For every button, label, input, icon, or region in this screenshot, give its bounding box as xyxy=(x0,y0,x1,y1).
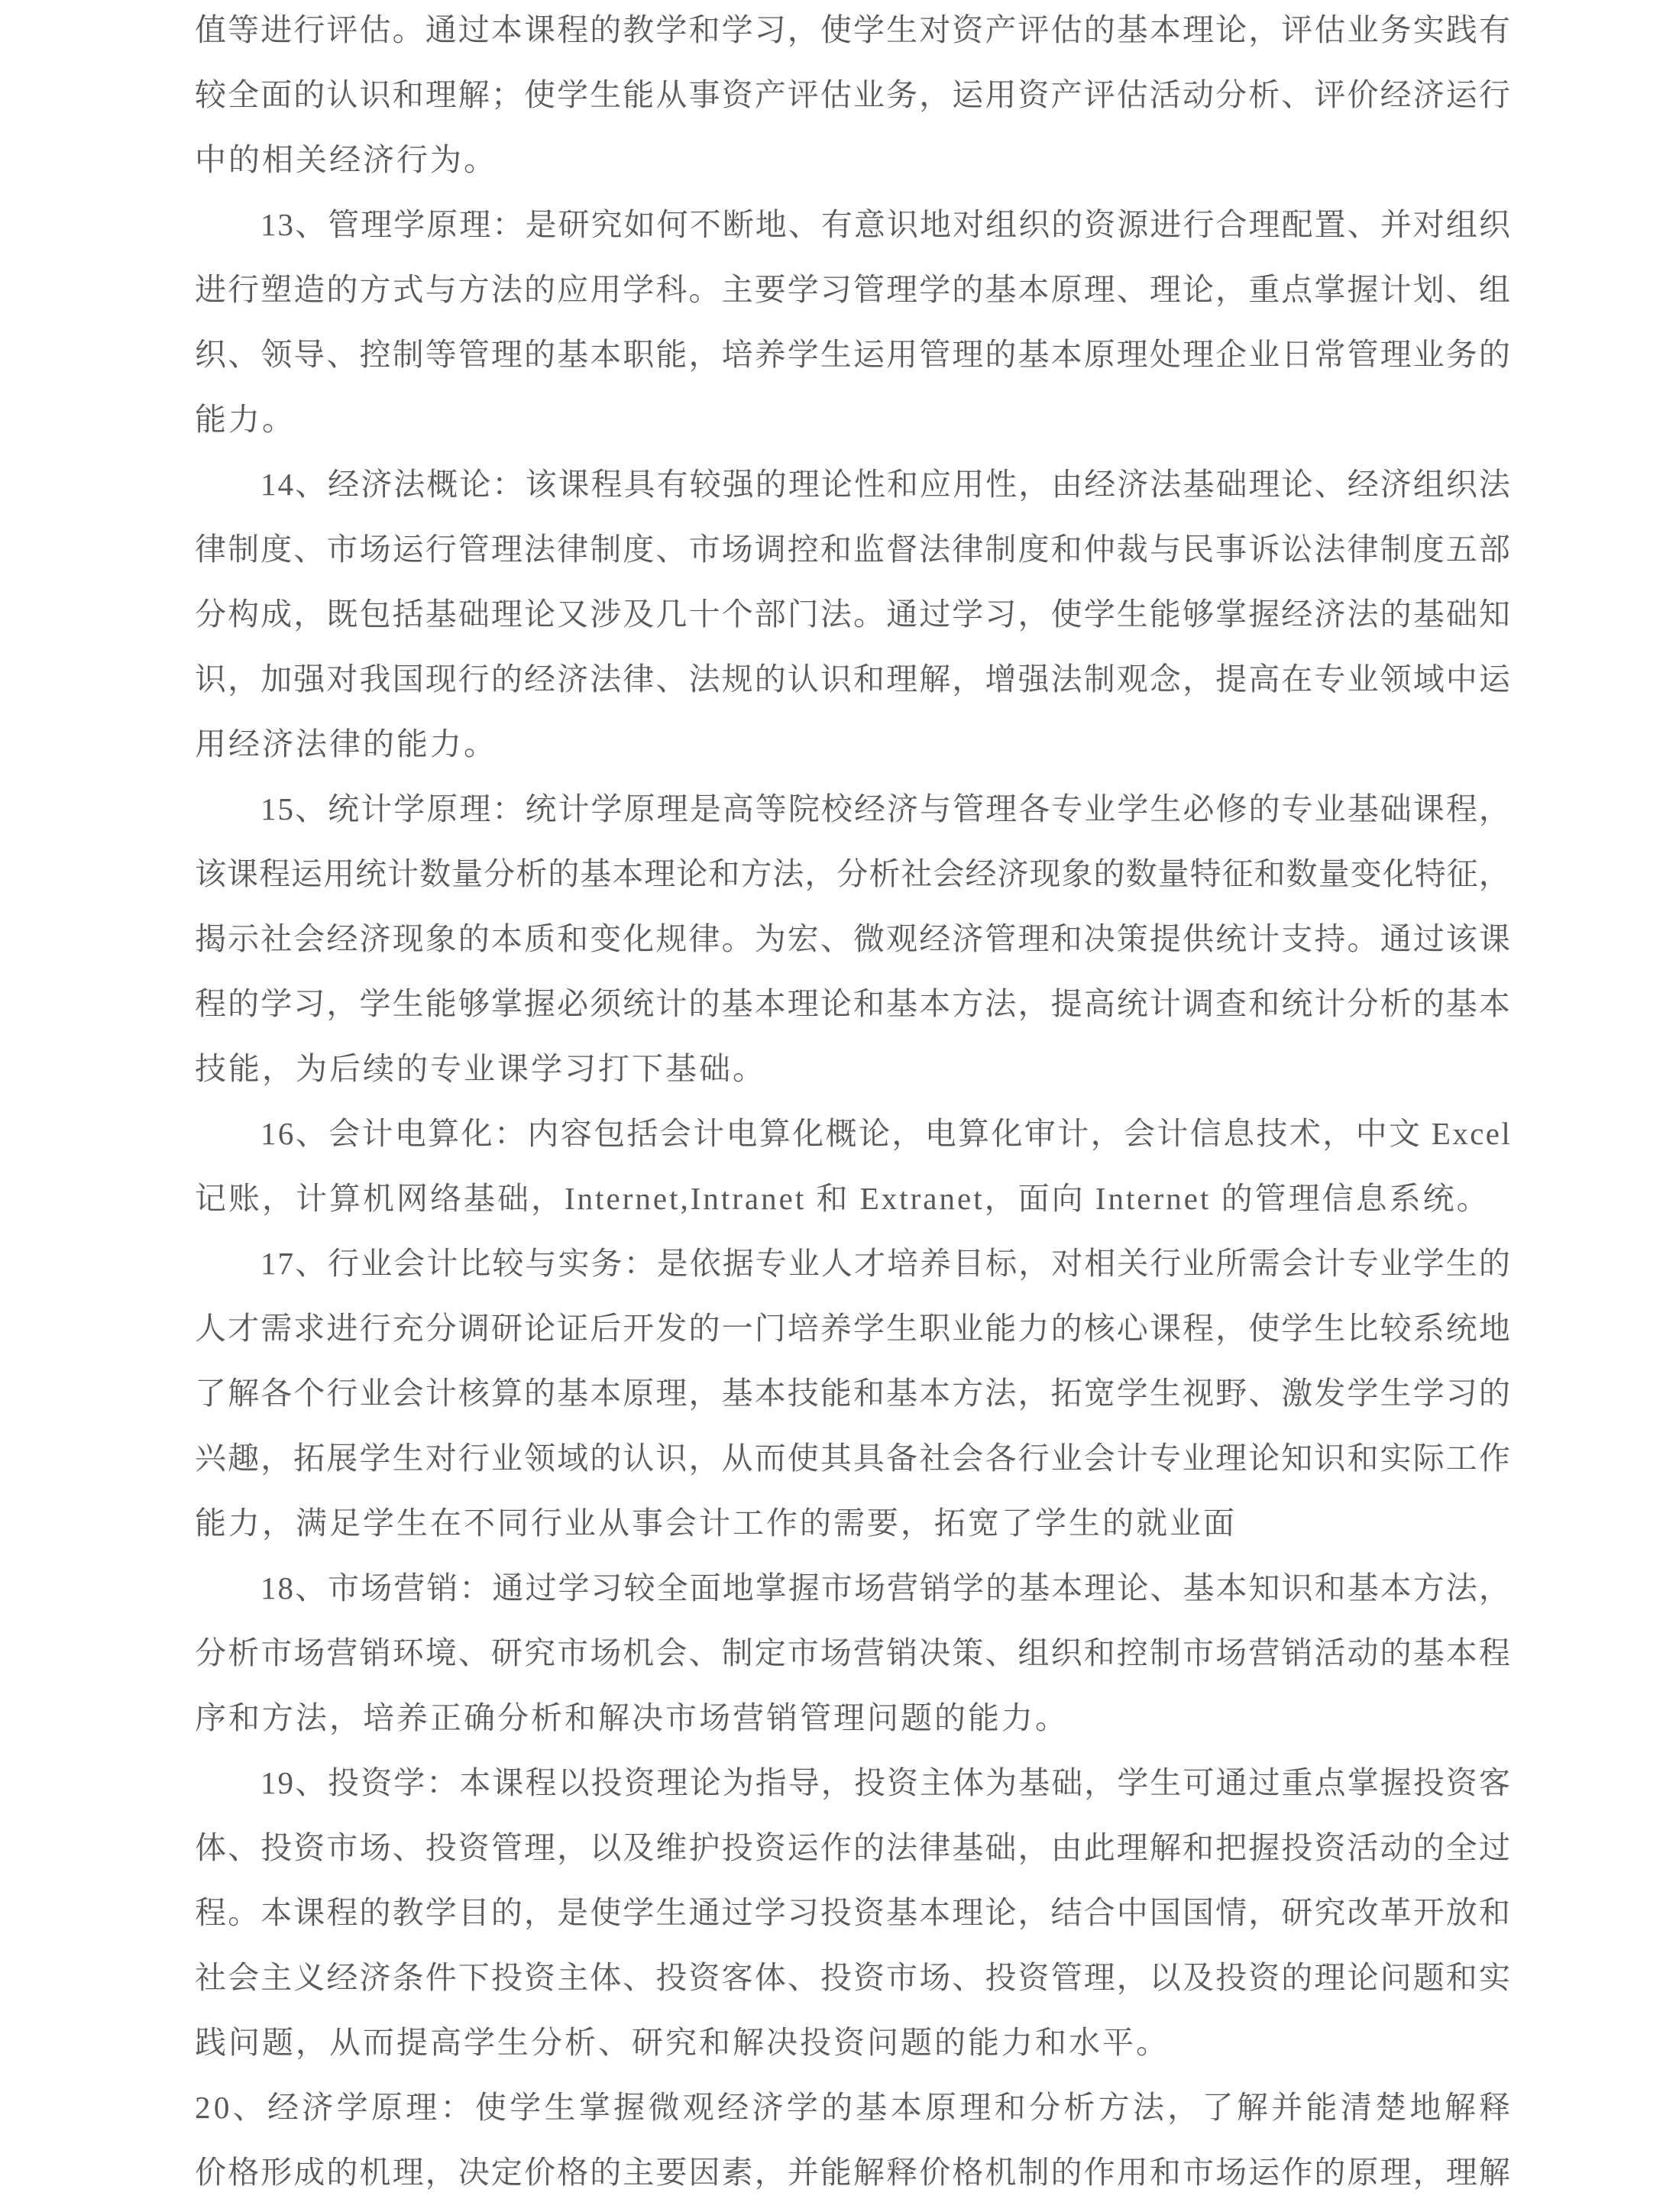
text-line: 序和方法，培养正确分析和解决市场营销管理问题的能力。 xyxy=(195,1688,1510,1753)
text-line: 践问题，从而提高学生分析、研究和解决投资问题的能力和水平。 xyxy=(195,2013,1510,2078)
course-paragraph-17: 17、行业会计比较与实务：是依据专业人才培养目标，对相关行业所需会计专业学生的人… xyxy=(195,1234,1510,1558)
text-line: 16、会计电算化：内容包括会计电算化概论，电算化审计，会计信息技术，中文 Exc… xyxy=(195,1104,1510,1169)
text-line: 能力，满足学生在不同行业从事会计工作的需要，拓宽了学生的就业面 xyxy=(195,1493,1510,1558)
text-line: 记账，计算机网络基础，Internet,Intranet 和 Extranet，… xyxy=(195,1169,1510,1234)
text-line: 15、统计学原理：统计学原理是高等院校经济与管理各专业学生必修的专业基础课程， xyxy=(195,779,1510,844)
text-line: 了解各个行业会计核算的基本原理，基本技能和基本方法，拓宽学生视野、激发学生学习的 xyxy=(195,1363,1510,1428)
scanned-document-page: 值等进行评估。通过本课程的教学和学习，使学生对资产评估的基本理论，评估业务实践有… xyxy=(0,0,1676,2212)
text-line: 值等进行评估。通过本课程的教学和学习，使学生对资产评估的基本理论，评估业务实践有 xyxy=(195,0,1510,65)
text-line: 价格形成的机理，决定价格的主要因素，并能解释价格机制的作用和市场运作的原理，理解 xyxy=(195,2142,1510,2207)
continued-paragraph: 值等进行评估。通过本课程的教学和学习，使学生对资产评估的基本理论，评估业务实践有… xyxy=(195,0,1510,195)
text-line: 该课程运用统计数量分析的基本理论和方法，分析社会经济现象的数量特征和数量变化特征… xyxy=(195,844,1510,909)
text-line: 识，加强对我国现行的经济法律、法规的认识和理解，增强法制观念，提高在专业领域中运 xyxy=(195,649,1510,714)
text-line: 13、管理学原理：是研究如何不断地、有意识地对组织的资源进行合理配置、并对组织 xyxy=(195,195,1510,260)
course-paragraph-20: 20、经济学原理：使学生掌握微观经济学的基本原理和分析方法，了解并能清楚地解释价… xyxy=(195,2078,1510,2207)
text-line: 律制度、市场运行管理法律制度、市场调控和监督法律制度和仲裁与民事诉讼法律制度五部 xyxy=(195,519,1510,584)
text-line: 分析市场营销环境、研究市场机会、制定市场营销决策、组织和控制市场营销活动的基本程 xyxy=(195,1623,1510,1688)
text-line: 18、市场营销：通过学习较全面地掌握市场营销学的基本理论、基本知识和基本方法， xyxy=(195,1558,1510,1623)
course-paragraph-18: 18、市场营销：通过学习较全面地掌握市场营销学的基本理论、基本知识和基本方法，分… xyxy=(195,1558,1510,1753)
course-paragraph-15: 15、统计学原理：统计学原理是高等院校经济与管理各专业学生必修的专业基础课程，该… xyxy=(195,779,1510,1104)
text-line: 体、投资市场、投资管理，以及维护投资运作的法律基础，由此理解和把握投资活动的全过 xyxy=(195,1818,1510,1883)
text-line: 19、投资学：本课程以投资理论为指导，投资主体为基础，学生可通过重点掌握投资客 xyxy=(195,1753,1510,1818)
text-line: 程的学习，学生能够掌握必须统计的基本理论和基本方法，提高统计调查和统计分析的基本 xyxy=(195,974,1510,1039)
text-line: 兴趣，拓展学生对行业领域的认识，从而使其具备社会各行业会计专业理论知识和实际工作 xyxy=(195,1428,1510,1493)
text-line: 技能，为后续的专业课学习打下基础。 xyxy=(195,1039,1510,1104)
course-paragraph-13: 13、管理学原理：是研究如何不断地、有意识地对组织的资源进行合理配置、并对组织进… xyxy=(195,195,1510,454)
text-line: 中的相关经济行为。 xyxy=(195,130,1510,195)
text-line: 进行塑造的方式与方法的应用学科。主要学习管理学的基本原理、理论，重点掌握计划、组 xyxy=(195,260,1510,325)
text-line: 17、行业会计比较与实务：是依据专业人才培养目标，对相关行业所需会计专业学生的 xyxy=(195,1234,1510,1298)
text-line: 程。本课程的教学目的，是使学生通过学习投资基本理论，结合中国国情，研究改革开放和 xyxy=(195,1883,1510,1948)
text-line: 20、经济学原理：使学生掌握微观经济学的基本原理和分析方法，了解并能清楚地解释 xyxy=(195,2078,1510,2142)
text-line: 14、经济法概论：该课程具有较强的理论性和应用性，由经济法基础理论、经济组织法 xyxy=(195,454,1510,519)
text-line: 分构成，既包括基础理论又涉及几十个部门法。通过学习，使学生能够掌握经济法的基础知 xyxy=(195,584,1510,649)
text-line: 社会主义经济条件下投资主体、投资客体、投资市场、投资管理，以及投资的理论问题和实 xyxy=(195,1948,1510,2013)
text-line: 能力。 xyxy=(195,390,1510,454)
text-line: 织、领导、控制等管理的基本职能，培养学生运用管理的基本原理处理企业日常管理业务的 xyxy=(195,325,1510,390)
course-paragraph-19: 19、投资学：本课程以投资理论为指导，投资主体为基础，学生可通过重点掌握投资客体… xyxy=(195,1753,1510,2078)
course-paragraph-16: 16、会计电算化：内容包括会计电算化概论，电算化审计，会计信息技术，中文 Exc… xyxy=(195,1104,1510,1234)
text-line: 揭示社会经济现象的本质和变化规律。为宏、微观经济管理和决策提供统计支持。通过该课 xyxy=(195,909,1510,974)
course-paragraph-14: 14、经济法概论：该课程具有较强的理论性和应用性，由经济法基础理论、经济组织法律… xyxy=(195,454,1510,779)
text-line: 较全面的认识和理解；使学生能从事资产评估业务，运用资产评估活动分析、评价经济运行 xyxy=(195,65,1510,130)
document-body: 值等进行评估。通过本课程的教学和学习，使学生对资产评估的基本理论，评估业务实践有… xyxy=(195,0,1510,2207)
text-line: 用经济法律的能力。 xyxy=(195,714,1510,779)
text-line: 人才需求进行充分调研论证后开发的一门培养学生职业能力的核心课程，使学生比较系统地 xyxy=(195,1298,1510,1363)
